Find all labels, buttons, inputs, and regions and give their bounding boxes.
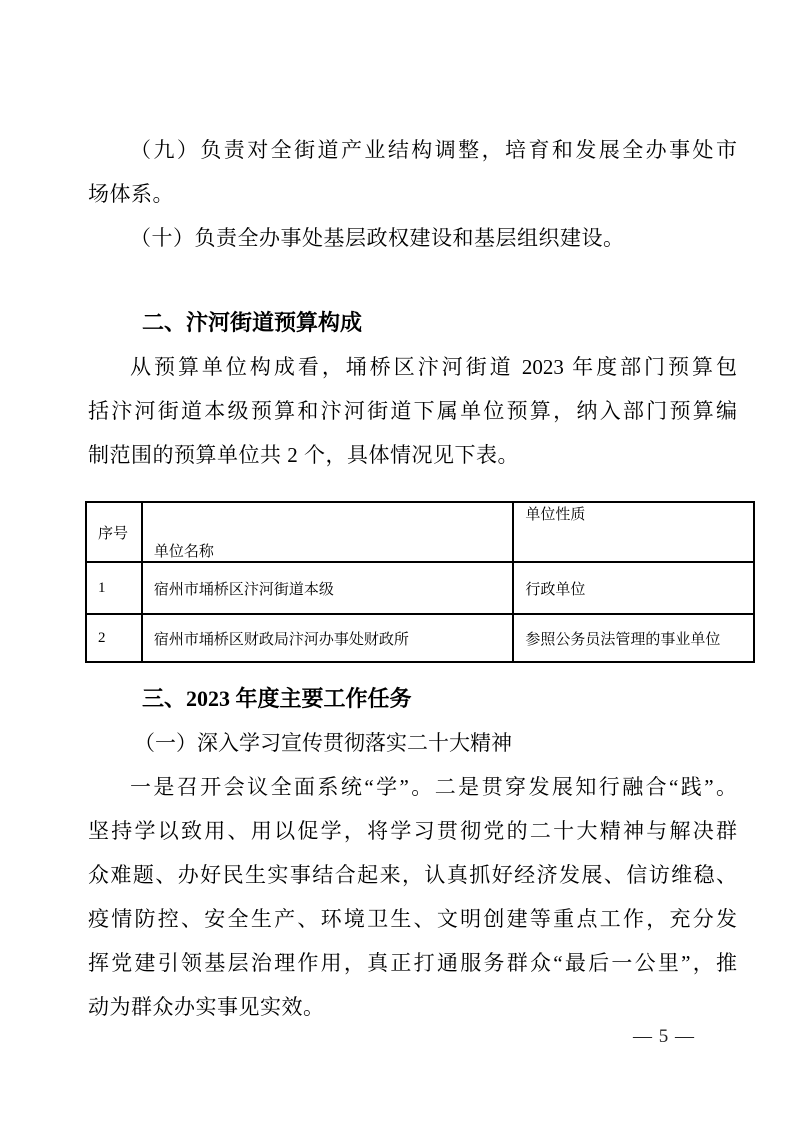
table-row: 2 宿州市埇桥区财政局汴河办事处财政所 参照公务员法管理的事业单位: [86, 614, 754, 662]
paragraph-item-10: （十）负责全办事处基层政权建设和基层组织建设。: [88, 216, 737, 260]
page-number: — 5 —: [633, 1022, 695, 1052]
section-3-paragraph: 一是召开会议全面系统“学”。二是贯穿发展知行融合“践”。 坚持学以致用、用以促学…: [88, 765, 737, 1029]
paragraph-line: 括汴河街道本级预算和汴河街道下属单位预算，纳入部门预算编: [88, 389, 737, 433]
table-cell-name: 宿州市埇桥区汴河街道本级: [142, 562, 514, 614]
paragraph-line: （十）负责全办事处基层政权建设和基层组织建设。: [88, 216, 737, 260]
table-cell-no: 1: [86, 562, 142, 614]
document-page: （九）负责对全街道产业结构调整，培育和发展全办事处市 场体系。 （十）负责全办事…: [0, 0, 793, 1122]
section-3-subheading: （一）深入学习宣传贯彻落实二十大精神: [88, 721, 737, 765]
document-content: （九）负责对全街道产业结构调整，培育和发展全办事处市 场体系。 （十）负责全办事…: [88, 128, 737, 1029]
paragraph-item-9: （九）负责对全街道产业结构调整，培育和发展全办事处市 场体系。: [88, 128, 737, 216]
table-row: 1 宿州市埇桥区汴河街道本级 行政单位: [86, 562, 754, 614]
table-cell-type: 行政单位: [513, 562, 754, 614]
paragraph-line: 挥党建引领基层治理作用，真正打通服务群众“最后一公里”，推: [88, 941, 737, 985]
table-header-cell-name: 单位名称: [142, 502, 514, 562]
section-3-heading: 三、2023 年度主要工作任务: [88, 677, 737, 721]
table-cell-type: 参照公务员法管理的事业单位: [513, 614, 754, 662]
budget-units-table: 序号 单位名称 单位性质 1 宿州市埇桥区汴河街道本级 行政单位 2 宿州市埇桥…: [85, 501, 755, 663]
paragraph-line: （九）负责对全街道产业结构调整，培育和发展全办事处市: [88, 128, 737, 172]
table-cell-name: 宿州市埇桥区财政局汴河办事处财政所: [142, 614, 514, 662]
paragraph-line: 众难题、办好民生实事结合起来，认真抓好经济发展、信访维稳、: [88, 853, 737, 897]
section-2-heading: 二、汴河街道预算构成: [88, 301, 737, 345]
paragraph-line: 坚持学以致用、用以促学，将学习贯彻党的二十大精神与解决群: [88, 809, 737, 853]
paragraph-line: 制范围的预算单位共 2 个，具体情况见下表。: [88, 433, 737, 477]
table-header-cell-no: 序号: [86, 502, 142, 562]
table-header-cell-type: 单位性质: [513, 502, 754, 562]
paragraph-line: 疫情防控、安全生产、环境卫生、文明创建等重点工作，充分发: [88, 897, 737, 941]
table-header-row: 序号 单位名称 单位性质: [86, 502, 754, 562]
paragraph-line: 从预算单位构成看，埇桥区汴河街道 2023 年度部门预算包: [88, 345, 737, 389]
paragraph-line: 一是召开会议全面系统“学”。二是贯穿发展知行融合“践”。: [88, 765, 737, 809]
table-cell-no: 2: [86, 614, 142, 662]
section-2-paragraph: 从预算单位构成看，埇桥区汴河街道 2023 年度部门预算包 括汴河街道本级预算和…: [88, 345, 737, 477]
paragraph-line: 场体系。: [88, 172, 737, 216]
